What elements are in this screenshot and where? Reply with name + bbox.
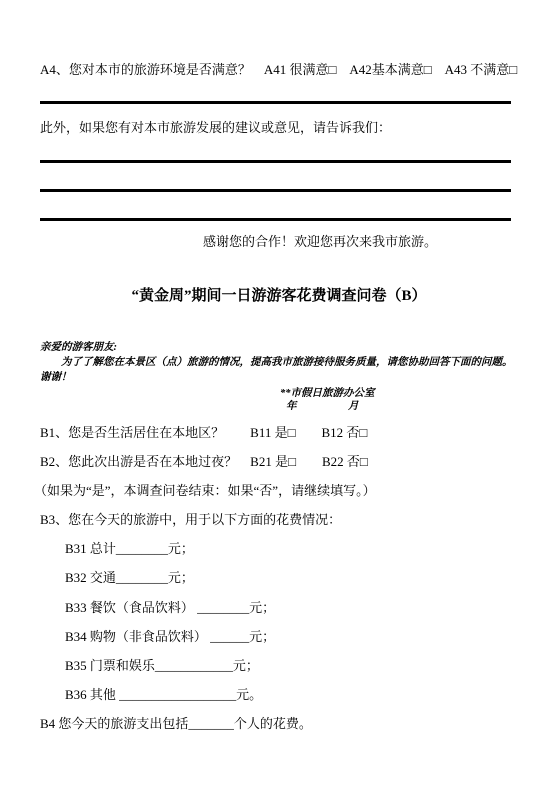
thanks-note: 感谢您的合作！欢迎您再次来我市旅游。	[203, 233, 437, 250]
question-b3: B3、您在今天的旅游中，用于以下方面的花费情况：	[40, 511, 341, 528]
b3-item-transport: B32 交通________元；	[65, 569, 194, 586]
intro-paragraph: 为了了解您在本景区（点）旅游的情况，提高我市旅游接待服务质量，请您协助回答下面的…	[40, 355, 514, 385]
year-label: 年	[286, 399, 297, 414]
question-a4: A4、您对本市的旅游环境是否满意？ A41 很满意□ A42基本满意□ A43 …	[40, 61, 517, 78]
answer-blank-line-1	[40, 160, 511, 163]
month-label: 月	[348, 399, 359, 414]
answer-blank-line-2	[40, 189, 511, 192]
divider-line-1	[40, 101, 511, 104]
b3-item-tickets: B35 门票和娱乐____________元；	[65, 657, 259, 674]
questionnaire-title: “黄金周”期间一日游游客花费调查问卷（B）	[0, 286, 558, 306]
document-page: A4、您对本市的旅游环境是否满意？ A41 很满意□ A42基本满意□ A43 …	[0, 0, 558, 788]
question-b2-note: （如果为“是”，本调查问卷结束：如果“否”，请继续填写。）	[34, 482, 376, 499]
b3-item-other: B36 其他 __________________元。	[65, 686, 262, 703]
suggestion-prompt: 此外，如果您有对本市旅游发展的建议或意见，请告诉我们：	[40, 119, 391, 136]
intro-salutation: 亲爱的游客朋友:	[40, 340, 117, 355]
question-b4: B4 您今天的旅游支出包括_______个人的花费。	[40, 715, 312, 732]
question-b1: B1、您是否生活居住在本地区？ B11 是□ B12 否□	[40, 424, 367, 441]
b3-item-total: B31 总计________元；	[65, 540, 194, 557]
b3-item-shopping: B34 购物（非食品饮料） ______元；	[65, 628, 275, 645]
b3-item-food: B33 餐饮（食品饮料） ________元；	[65, 599, 275, 616]
question-b2: B2、您此次出游是否在本地过夜？ B21 是□ B22 否□	[40, 453, 368, 470]
answer-blank-line-3	[40, 218, 511, 221]
